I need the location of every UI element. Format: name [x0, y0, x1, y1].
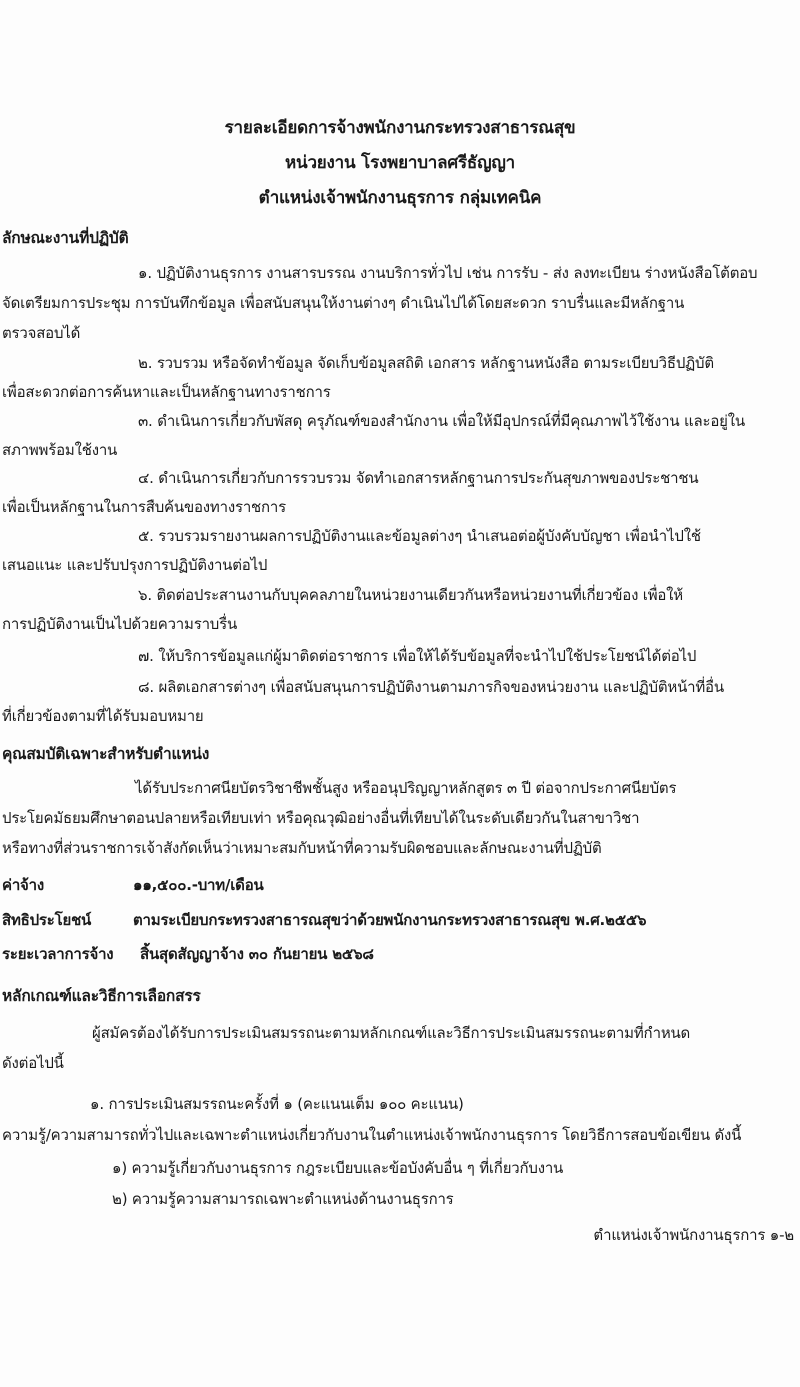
- duty-line: ตรวจสอบได้: [2, 322, 80, 344]
- assessment-item: ๑) ความรู้เกี่ยวกับงานธุรการ กฎระเบียบแล…: [112, 1157, 563, 1179]
- position-title: ตำแหน่งเจ้าพนักงานธุรการ กลุ่มเทคนิค: [0, 187, 800, 209]
- duty-line: เพื่อเป็นหลักฐานในการสืบค้นของทางราชการ: [2, 496, 286, 518]
- duties-heading: ลักษณะงานที่ปฏิบัติ: [2, 227, 128, 249]
- document-page: รายละเอียดการจ้างพนักงานกระทรวงสาธารณสุข…: [0, 0, 800, 1387]
- selection-intro: ผู้สมัครต้องได้รับการประเมินสมรรถนะตามหล…: [92, 1022, 690, 1044]
- wage-value: ๑๑,๕๐๐.-บาท/เดือน: [133, 874, 264, 896]
- benefits-label: สิทธิประโยชน์: [2, 909, 91, 931]
- selection-heading: หลักเกณฑ์และวิธีการเลือกสรร: [2, 985, 201, 1007]
- duty-line: ๔. ดำเนินการเกี่ยวกับการรวบรวม จัดทำเอกส…: [138, 467, 698, 489]
- duty-line: ๗. ให้บริการข้อมูลแก่ผู้มาติดต่อราชการ เ…: [138, 645, 696, 667]
- qualification-line: ประโยคมัธยมศึกษาตอนปลายหรือเทียบเท่า หรื…: [2, 807, 639, 829]
- duty-line: ๕. รวบรวมรายงานผลการปฏิบัติงานและข้อมูลต…: [138, 525, 701, 547]
- qualification-line: หรือทางที่ส่วนราชการเจ้าสังกัดเห็นว่าเหม…: [2, 837, 602, 859]
- duty-line: เพื่อสะดวกต่อการค้นหาและเป็นหลักฐานทางรา…: [2, 381, 331, 403]
- duty-line: ๖. ติดต่อประสานงานกับบุคคลภายในหน่วยงานเ…: [138, 584, 683, 606]
- qualification-line: ได้รับประกาศนียบัตรวิชาชีพชั้นสูง หรืออน…: [135, 777, 676, 799]
- duty-line: ๑. ปฏิบัติงานธุรการ งานสารบรรณ งานบริการ…: [138, 262, 757, 284]
- assessment-item: ๒) ความรู้ความสามารถเฉพาะตำแหน่งด้านงานธ…: [112, 1188, 454, 1210]
- duty-line: การปฏิบัติงานเป็นไปด้วยความราบรื่น: [2, 613, 237, 635]
- selection-intro-cont: ดังต่อไปนี้: [2, 1052, 64, 1074]
- assessment-round-1: ๑. การประเมินสมรรถนะครั้งที่ ๑ (คะแนนเต็…: [90, 1093, 464, 1115]
- duty-line: ที่เกี่ยวข้องตามที่ได้รับมอบหมาย: [2, 705, 204, 727]
- duty-line: ๓. ดำเนินการเกี่ยวกับพัสดุ ครุภัณฑ์ของสำ…: [138, 410, 745, 432]
- unit-name: หน่วยงาน โรงพยาบาลศรีธัญญา: [0, 152, 800, 174]
- page-reference: ตำแหน่งเจ้าพนักงานธุรการ ๑-๒: [593, 1224, 794, 1246]
- document-title: รายละเอียดการจ้างพนักงานกระทรวงสาธารณสุข: [0, 117, 800, 139]
- duty-line: ๘. ผลิตเอกสารต่างๆ เพื่อสนับสนุนการปฏิบั…: [138, 676, 724, 698]
- qualifications-heading: คุณสมบัติเฉพาะสำหรับตำแหน่ง: [2, 743, 209, 765]
- duty-line: สภาพพร้อมใช้งาน: [2, 439, 117, 461]
- employment-period-value: สิ้นสุดสัญญาจ้าง ๓๐ กันยายน ๒๕๖๘: [140, 943, 374, 965]
- wage-label: ค่าจ้าง: [2, 874, 44, 896]
- benefits-value: ตามระเบียบกระทรวงสาธารณสุขว่าด้วยพนักงาน…: [133, 909, 646, 931]
- duty-line: ๒. รวบรวม หรือจัดทำข้อมูล จัดเก็บข้อมูลส…: [138, 352, 714, 374]
- duty-line: จัดเตรียมการประชุม การบันทึกข้อมูล เพื่อ…: [2, 292, 684, 314]
- duty-line: เสนอแนะ และปรับปรุงการปฏิบัติงานต่อไป: [2, 554, 267, 576]
- assessment-round-1-description: ความรู้/ความสามารถทั่วไปและเฉพาะตำแหน่งเ…: [2, 1124, 741, 1146]
- employment-period-label: ระยะเวลาการจ้าง: [2, 943, 113, 965]
